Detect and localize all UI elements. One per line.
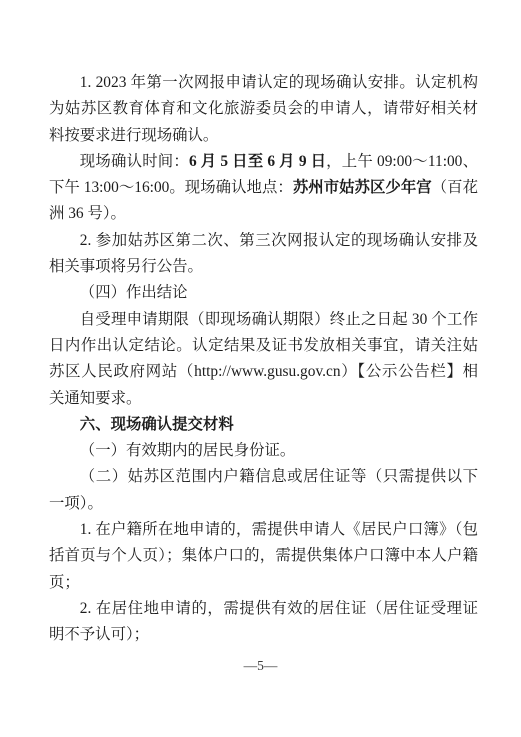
text-segment: 6 月 5 日至 6 月 9 日 bbox=[189, 153, 326, 170]
paragraph: 1. 2023 年第一次网报申请认定的现场确认安排。认定机构为姑苏区教育体育和文… bbox=[49, 70, 478, 149]
paragraph: 自受理申请期限（即现场确认期限）终止之日起 30 个工作日内作出认定结论。认定结… bbox=[49, 307, 478, 412]
text-segment: 六、现场确认提交材料 bbox=[80, 416, 234, 433]
paragraph: （一）有效期内的居民身份证。 bbox=[49, 438, 478, 464]
paragraph: （二）姑苏区范围内户籍信息或居住证等（只需提供以下一项）。 bbox=[49, 464, 478, 517]
paragraph: 1. 在户籍所在地申请的，需提供申请人《居民户口簿》（包括首页与个人页）；集体户… bbox=[49, 517, 478, 596]
text-segment: （一）有效期内的居民身份证。 bbox=[80, 442, 295, 459]
paragraph: 现场确认时间：6 月 5 日至 6 月 9 日，上午 09:00～11:00、下… bbox=[49, 149, 478, 228]
document-page: 1. 2023 年第一次网报申请认定的现场确认安排。认定机构为姑苏区教育体育和文… bbox=[0, 0, 521, 737]
text-segment: （二）姑苏区范围内户籍信息或居住证等（只需提供以下一项）。 bbox=[49, 468, 478, 511]
paragraph: （四）作出结论 bbox=[49, 280, 478, 306]
page-number: —5— bbox=[0, 656, 521, 676]
text-segment: 现场确认时间： bbox=[80, 153, 189, 170]
document-body: 1. 2023 年第一次网报申请认定的现场确认安排。认定机构为姑苏区教育体育和文… bbox=[49, 70, 478, 649]
text-segment: 1. 在户籍所在地申请的，需提供申请人《居民户口簿》（包括首页与个人页）；集体户… bbox=[49, 521, 478, 591]
paragraph: 2. 在居住地申请的，需提供有效的居住证（居住证受理证明不予认可）； bbox=[49, 596, 478, 649]
section-heading: 六、现场确认提交材料 bbox=[49, 412, 478, 438]
text-segment: （四）作出结论 bbox=[80, 284, 188, 301]
text-segment: 2. 参加姑苏区第二次、第三次网报认定的现场确认安排及相关事项将另行公告。 bbox=[49, 232, 478, 275]
paragraph: 2. 参加姑苏区第二次、第三次网报认定的现场确认安排及相关事项将另行公告。 bbox=[49, 228, 478, 281]
text-segment: 自受理申请期限（即现场确认期限）终止之日起 30 个工作日内作出认定结论。认定结… bbox=[49, 311, 478, 407]
text-segment: 苏州市姑苏区少年宫 bbox=[293, 179, 432, 196]
text-segment: 1. 2023 年第一次网报申请认定的现场确认安排。认定机构为姑苏区教育体育和文… bbox=[49, 74, 478, 144]
text-segment: 2. 在居住地申请的，需提供有效的居住证（居住证受理证明不予认可）； bbox=[49, 600, 478, 643]
